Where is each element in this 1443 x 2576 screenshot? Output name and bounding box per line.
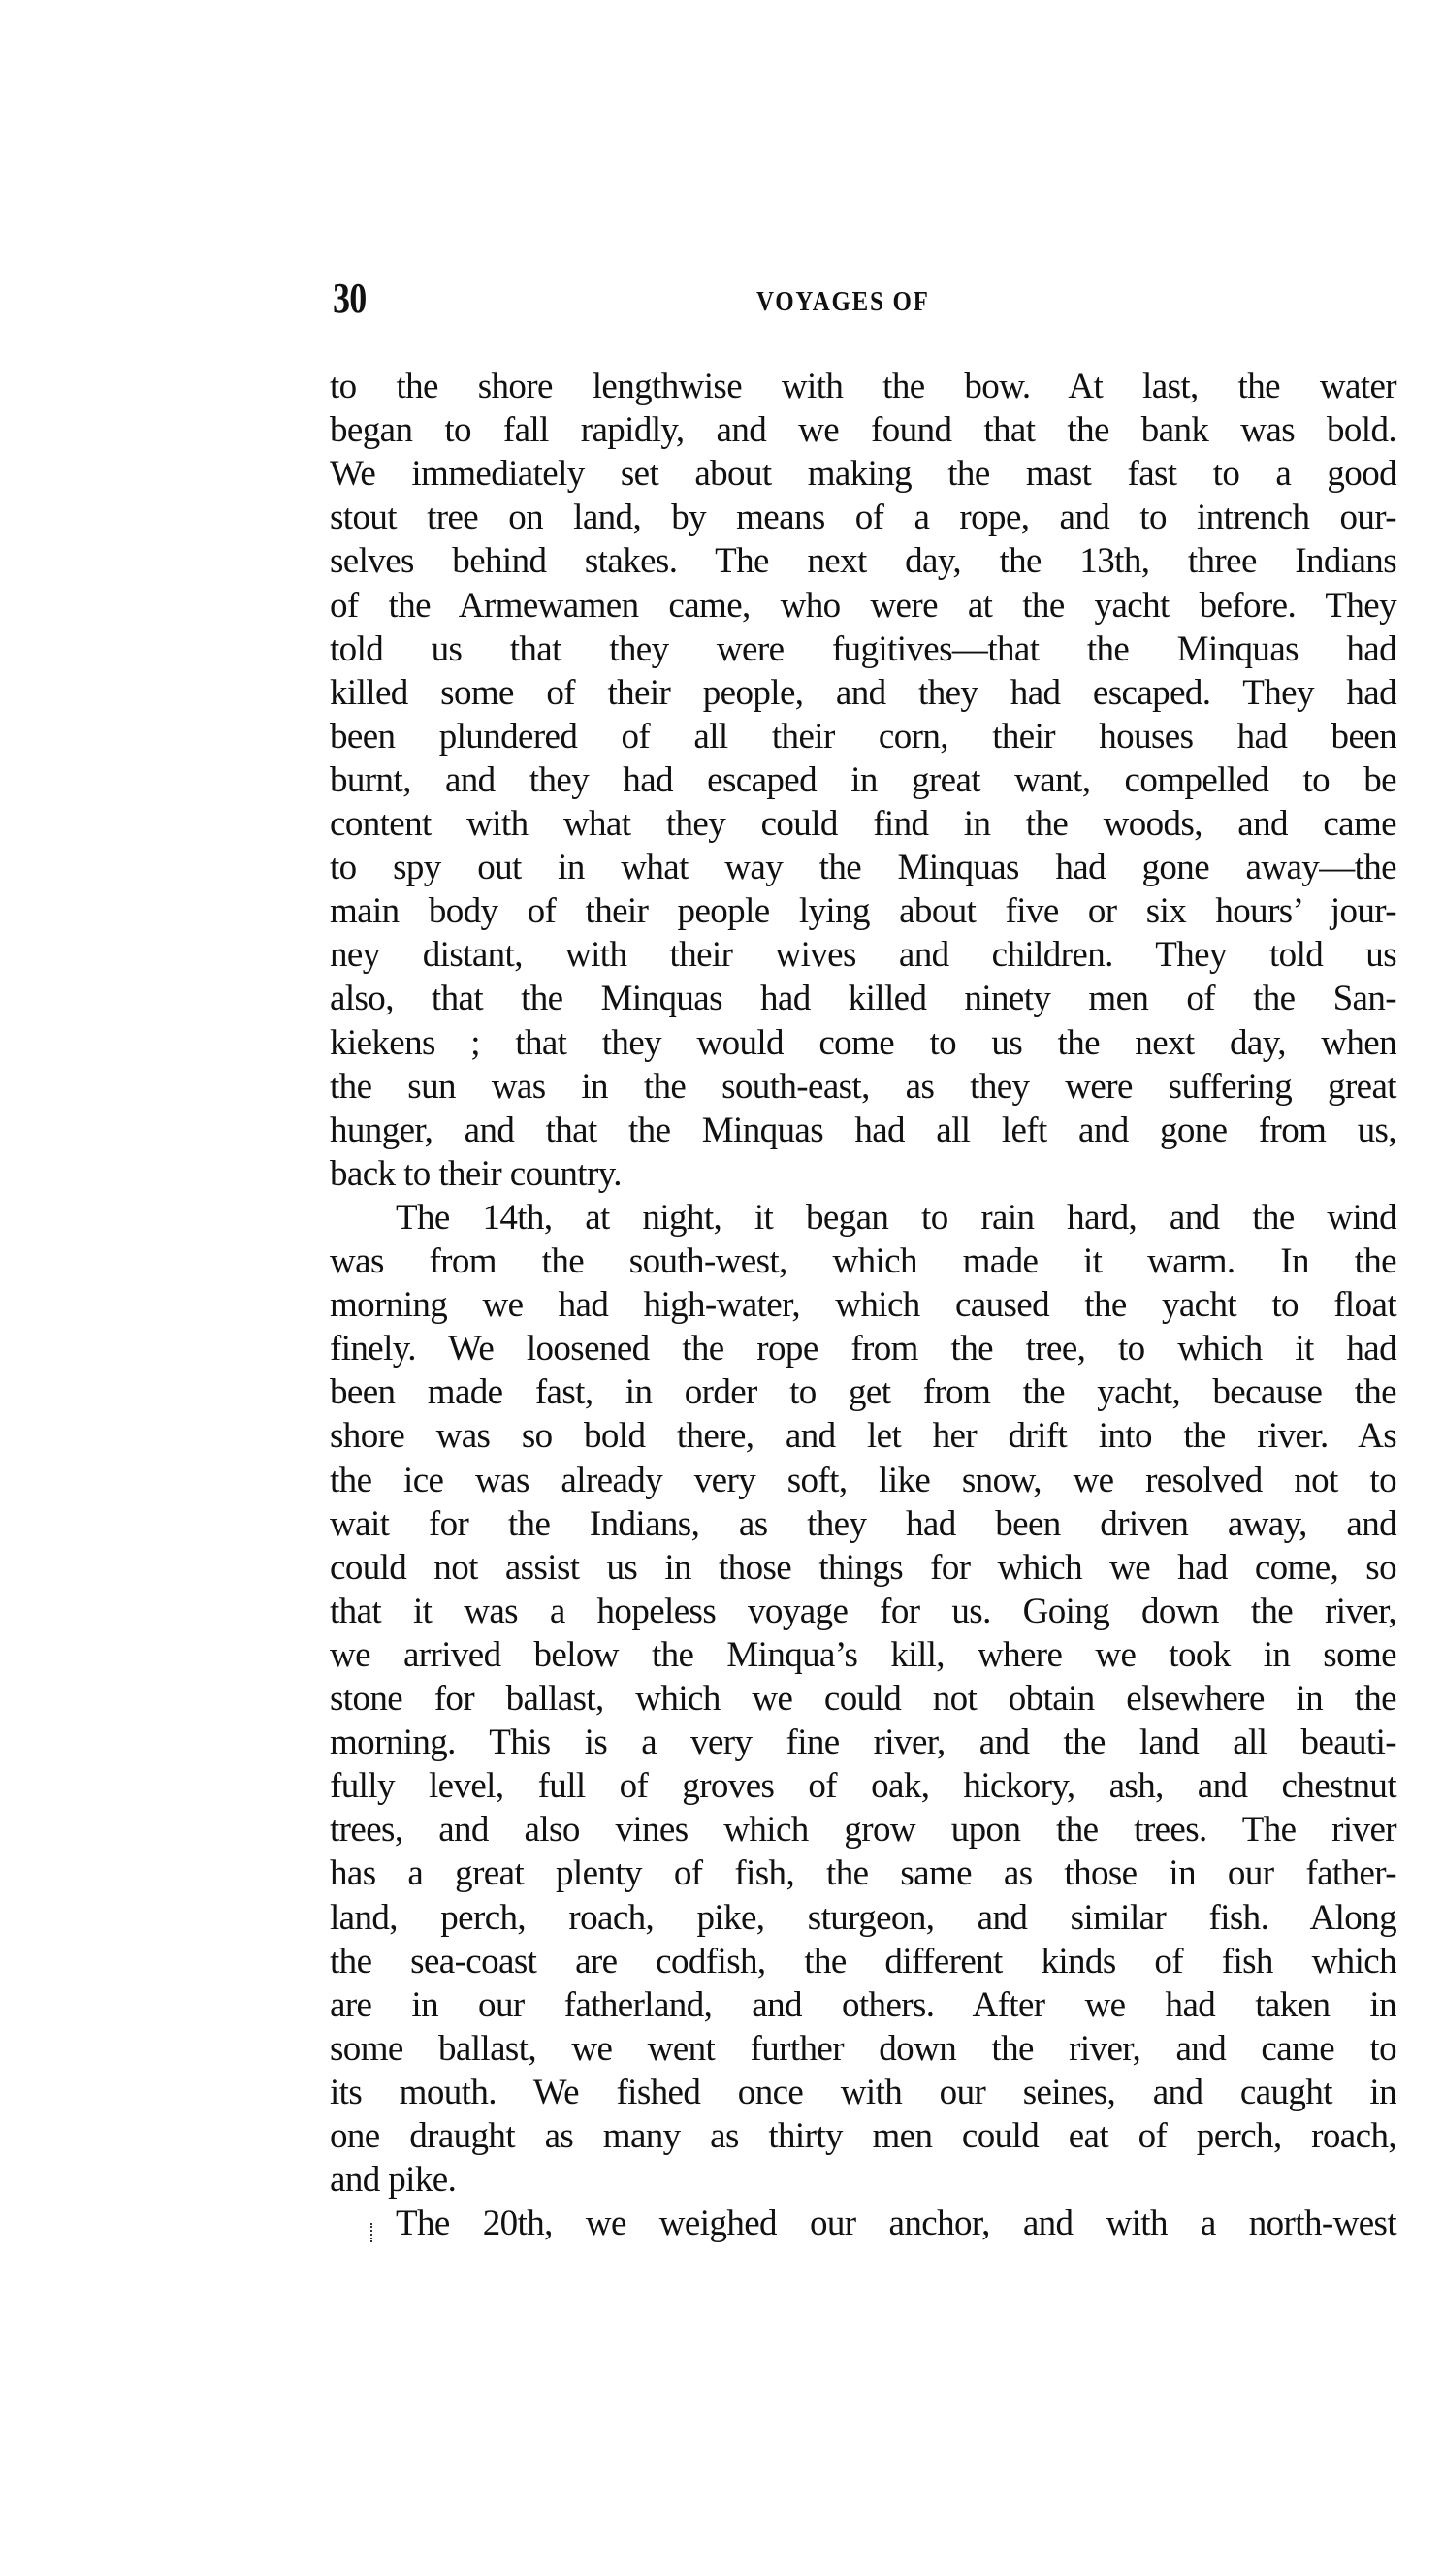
text-line-content: finely. We loosened the rope from the tr… bbox=[330, 1327, 1396, 1370]
text-line: ney distant, with their wives and childr… bbox=[330, 933, 1396, 977]
text-line: been plundered of all their corn, their … bbox=[330, 715, 1396, 758]
text-line-content: wait for the Indians, as they had been d… bbox=[330, 1502, 1396, 1546]
text-line: stone for ballast, which we could not ob… bbox=[330, 1677, 1396, 1721]
text-line-content: some ballast, we went further down the r… bbox=[330, 2027, 1396, 2071]
book-page: 30 VOYAGES OF to the shore lengthwise wi… bbox=[0, 0, 1443, 2576]
text-line: to the shore lengthwise with the bow. At… bbox=[330, 365, 1396, 408]
text-line-content: has a great plenty of fish, the same as … bbox=[330, 1851, 1396, 1895]
text-line-content: that it was a hopeless voyage for us. Go… bbox=[330, 1590, 1396, 1633]
running-head: 30 VOYAGES OF bbox=[333, 277, 1396, 320]
text-line: hunger, and that the Minquas had all lef… bbox=[330, 1109, 1396, 1152]
text-line-content: The 14th, at night, it began to rain har… bbox=[396, 1196, 1396, 1240]
text-line: kiekens ; that they would come to us the… bbox=[330, 1021, 1396, 1065]
text-line: was from the south-west, which made it w… bbox=[330, 1240, 1396, 1283]
text-line: fully level, full of groves of oak, hick… bbox=[330, 1764, 1396, 1808]
text-line-content: are in our fatherland, and others. After… bbox=[330, 1983, 1396, 2027]
text-line-content: trees, and also vines which grow upon th… bbox=[330, 1808, 1396, 1851]
text-line-content: fully level, full of groves of oak, hick… bbox=[330, 1764, 1396, 1808]
text-line: wait for the Indians, as they had been d… bbox=[330, 1502, 1396, 1546]
text-line-content: its mouth. We fished once with our seine… bbox=[330, 2071, 1396, 2114]
text-line: finely. We loosened the rope from the tr… bbox=[330, 1327, 1396, 1370]
text-line: morning we had high-water, which caused … bbox=[330, 1283, 1396, 1327]
text-line: back to their country. bbox=[330, 1152, 1396, 1196]
text-line: selves behind stakes. The next day, the … bbox=[330, 539, 1396, 583]
text-line: could not assist us in those things for … bbox=[330, 1546, 1396, 1590]
text-line: to spy out in what way the Minquas had g… bbox=[330, 846, 1396, 889]
text-line: trees, and also vines which grow upon th… bbox=[330, 1808, 1396, 1851]
scan-artifact-mark bbox=[370, 2223, 375, 2242]
text-line: shore was so bold there, and let her dri… bbox=[330, 1414, 1396, 1458]
paragraph-first-line: The 14th, at night, it began to rain har… bbox=[396, 1196, 1396, 1240]
text-line-content: content with what they could find in the… bbox=[330, 802, 1396, 846]
text-line-content: the sun was in the south-east, as they w… bbox=[330, 1065, 1396, 1109]
text-line: main body of their people lying about fi… bbox=[330, 889, 1396, 933]
text-line-content: stone for ballast, which we could not ob… bbox=[330, 1677, 1396, 1721]
text-line: also, that the Minquas had killed ninety… bbox=[330, 977, 1396, 1020]
text-line-content: one draught as many as thirty men could … bbox=[330, 2114, 1396, 2158]
text-line: and pike. bbox=[330, 2158, 1396, 2202]
text-line: one draught as many as thirty men could … bbox=[330, 2114, 1396, 2158]
text-line-content: told us that they were fugitives—that th… bbox=[330, 628, 1396, 671]
text-line: are in our fatherland, and others. After… bbox=[330, 1983, 1396, 2027]
text-line-content: the ice was already very soft, like snow… bbox=[330, 1459, 1396, 1502]
text-line-content: The 20th, we weighed our anchor, and wit… bbox=[396, 2202, 1396, 2245]
text-line: that it was a hopeless voyage for us. Go… bbox=[330, 1590, 1396, 1633]
text-line: stout tree on land, by means of a rope, … bbox=[330, 496, 1396, 539]
text-line-content: also, that the Minquas had killed ninety… bbox=[330, 977, 1396, 1020]
text-line: killed some of their people, and they ha… bbox=[330, 671, 1396, 715]
running-title: VOYAGES OF bbox=[756, 287, 930, 316]
text-line: the ice was already very soft, like snow… bbox=[330, 1459, 1396, 1502]
text-line-content: to the shore lengthwise with the bow. At… bbox=[330, 365, 1396, 408]
text-line-content: back to their country. bbox=[330, 1152, 1396, 1196]
text-line-content: to spy out in what way the Minquas had g… bbox=[330, 846, 1396, 889]
text-line-content: killed some of their people, and they ha… bbox=[330, 671, 1396, 715]
text-line: the sun was in the south-east, as they w… bbox=[330, 1065, 1396, 1109]
text-line: of the Armewamen came, who were at the y… bbox=[330, 584, 1396, 628]
text-line: morning. This is a very fine river, and … bbox=[330, 1721, 1396, 1764]
text-line: some ballast, we went further down the r… bbox=[330, 2027, 1396, 2071]
text-line: We immediately set about making the mast… bbox=[330, 452, 1396, 496]
text-line-content: ney distant, with their wives and childr… bbox=[330, 933, 1396, 977]
text-line-content: burnt, and they had escaped in great wan… bbox=[330, 758, 1396, 802]
text-line-content: was from the south-west, which made it w… bbox=[330, 1240, 1396, 1283]
text-line: burnt, and they had escaped in great wan… bbox=[330, 758, 1396, 802]
text-line-content: We immediately set about making the mast… bbox=[330, 452, 1396, 496]
text-line: its mouth. We fished once with our seine… bbox=[330, 2071, 1396, 2114]
text-line: has a great plenty of fish, the same as … bbox=[330, 1851, 1396, 1895]
text-line-content: stout tree on land, by means of a rope, … bbox=[330, 496, 1396, 539]
text-line-content: morning we had high-water, which caused … bbox=[330, 1283, 1396, 1327]
text-line-content: shore was so bold there, and let her dri… bbox=[330, 1414, 1396, 1458]
text-line: been made fast, in order to get from the… bbox=[330, 1370, 1396, 1414]
text-line-content: and pike. bbox=[330, 2158, 1396, 2202]
text-line: content with what they could find in the… bbox=[330, 802, 1396, 846]
text-line: we arrived below the Minqua’s kill, wher… bbox=[330, 1633, 1396, 1677]
text-line: began to fall rapidly, and we found that… bbox=[330, 408, 1396, 452]
text-line-content: been plundered of all their corn, their … bbox=[330, 715, 1396, 758]
text-line-content: been made fast, in order to get from the… bbox=[330, 1370, 1396, 1414]
text-line: land, perch, roach, pike, sturgeon, and … bbox=[330, 1896, 1396, 1940]
text-line-content: selves behind stakes. The next day, the … bbox=[330, 539, 1396, 583]
text-line: the sea-coast are codfish, the different… bbox=[330, 1940, 1396, 1983]
text-line-content: hunger, and that the Minquas had all lef… bbox=[330, 1109, 1396, 1152]
text-line-content: morning. This is a very fine river, and … bbox=[330, 1721, 1396, 1764]
text-line-content: of the Armewamen came, who were at the y… bbox=[330, 584, 1396, 628]
text-line-content: began to fall rapidly, and we found that… bbox=[330, 408, 1396, 452]
text-line-content: main body of their people lying about fi… bbox=[330, 889, 1396, 933]
paragraph-first-line: The 20th, we weighed our anchor, and wit… bbox=[396, 2202, 1396, 2245]
text-line-content: land, perch, roach, pike, sturgeon, and … bbox=[330, 1896, 1396, 1940]
text-line-content: we arrived below the Minqua’s kill, wher… bbox=[330, 1633, 1396, 1677]
text-line-content: could not assist us in those things for … bbox=[330, 1546, 1396, 1590]
text-line: told us that they were fugitives—that th… bbox=[330, 628, 1396, 671]
text-line-content: the sea-coast are codfish, the different… bbox=[330, 1940, 1396, 1983]
page-number: 30 bbox=[333, 277, 366, 320]
text-line-content: kiekens ; that they would come to us the… bbox=[330, 1021, 1396, 1065]
